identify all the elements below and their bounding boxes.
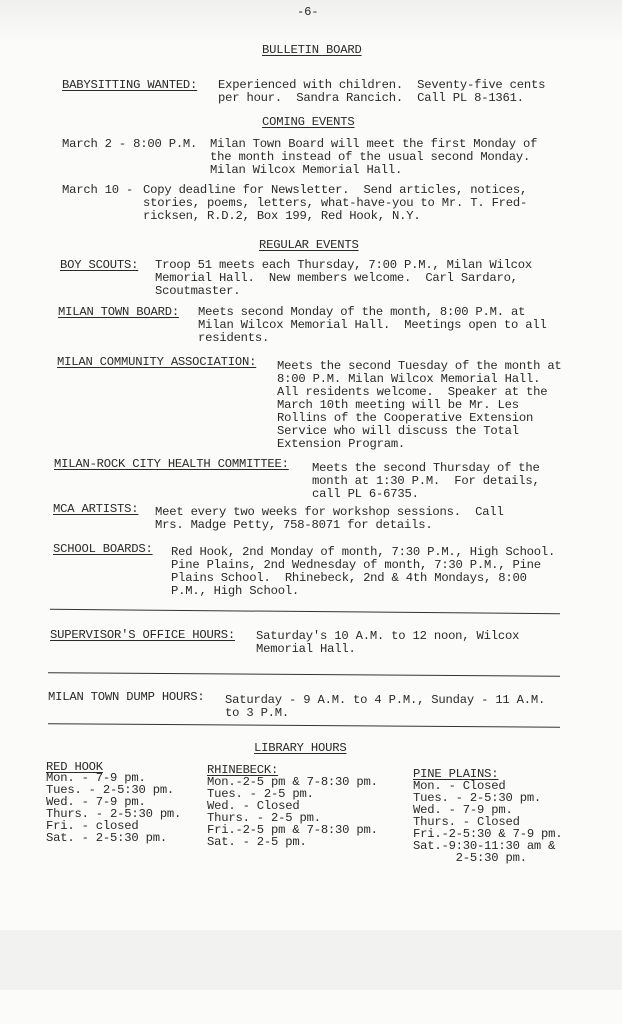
- divider: [48, 723, 560, 728]
- page-number: -6-: [297, 6, 318, 19]
- school-boards-line: Red Hook, 2nd Monday of month, 7:30 P.M.…: [171, 546, 555, 559]
- community-association-line: March 10th meeting will be Mr. Les: [277, 399, 519, 412]
- boy-scouts-line: Memorial Hall. New members welcome. Carl…: [155, 272, 518, 285]
- mca-artists-label: MCA ARTISTS:: [53, 503, 138, 516]
- boy-scouts-line: Troop 51 meets each Thursday, 7:00 P.M.,…: [155, 259, 532, 272]
- event-line: Milan Wilcox Memorial Hall.: [210, 164, 402, 177]
- town-board-line: Meets second Monday of the month, 8:00 P…: [198, 306, 525, 319]
- community-association-line: 8:00 P.M. Milan Wilcox Memorial Hall.: [277, 373, 540, 386]
- event-line: Copy deadline for Newsletter. Send artic…: [143, 184, 527, 197]
- library-heading: LIBRARY HOURS: [254, 742, 346, 755]
- mca-artists-line: Meet every two weeks for workshop sessio…: [155, 506, 504, 519]
- community-association-line: All residents welcome. Speaker at the: [277, 386, 547, 399]
- school-boards-line: Pine Plains, 2nd Wednesday of month, 7:3…: [171, 559, 541, 572]
- school-boards-line: Plains School. Rhinebeck, 2nd & 4th Mond…: [171, 572, 527, 585]
- health-committee-label: MILAN-ROCK CITY HEALTH COMMITTEE:: [54, 458, 289, 471]
- school-boards-label: SCHOOL BOARDS:: [53, 543, 153, 556]
- community-association-line: Rollins of the Cooperative Extension: [277, 412, 533, 425]
- event-line: stories, poems, letters, what-have-you t…: [143, 197, 527, 210]
- babysitting-label: BABYSITTING WANTED:: [62, 79, 197, 92]
- supervisor-label: SUPERVISOR'S OFFICE HOURS:: [50, 629, 235, 642]
- event-line: Milan Town Board will meet the first Mon…: [210, 138, 537, 151]
- scan-shading-bottom: [0, 930, 622, 990]
- event-line: ricksen, R.D.2, Box 199, Red Hook, N.Y.: [143, 210, 420, 223]
- dump-line: to 3 P.M.: [225, 707, 289, 720]
- divider: [48, 672, 560, 677]
- library-hours: Sat. - 2-5:30 pm.: [46, 832, 167, 845]
- boy-scouts-label: BOY SCOUTS:: [60, 259, 138, 272]
- page-title: BULLETIN BOARD: [262, 44, 362, 57]
- health-committee-line: call PL 6-6735.: [312, 488, 419, 501]
- coming-events-heading: COMING EVENTS: [262, 116, 354, 129]
- community-association-label: MILAN COMMUNITY ASSOCIATION:: [57, 356, 256, 369]
- town-board-line: residents.: [198, 332, 269, 345]
- dump-line: Saturday - 9 A.M. to 4 P.M., Sunday - 11…: [225, 694, 545, 707]
- community-association-line: Meets the second Tuesday of the month at: [277, 360, 562, 373]
- health-committee-line: Meets the second Thursday of the: [312, 462, 540, 475]
- town-board-label: MILAN TOWN BOARD:: [58, 306, 179, 319]
- supervisor-line: Memorial Hall.: [256, 643, 356, 656]
- library-hours: Sat. - 2-5 pm.: [207, 836, 307, 849]
- community-association-line: Service who will discuss the Total: [277, 425, 519, 438]
- health-committee-line: month at 1:30 P.M. For details,: [312, 475, 540, 488]
- divider: [50, 609, 560, 614]
- event-date: March 2 - 8:00 P.M.: [62, 138, 197, 151]
- newsletter-page: -6- BULLETIN BOARD BABYSITTING WANTED: E…: [0, 0, 622, 1024]
- babysitting-line-2: per hour. Sandra Rancich. Call PL 8-1361…: [218, 92, 524, 105]
- library-hours: 2-5:30 pm.: [413, 852, 527, 865]
- mca-artists-line: Mrs. Madge Petty, 758-8071 for details.: [155, 519, 432, 532]
- boy-scouts-line: Scoutmaster.: [155, 285, 240, 298]
- event-date: March 10 -: [62, 184, 133, 197]
- dump-label: MILAN TOWN DUMP HOURS:: [48, 691, 205, 704]
- community-association-line: Extension Program.: [277, 438, 405, 451]
- babysitting-line-1: Experienced with children. Seventy-five …: [218, 79, 545, 92]
- supervisor-line: Saturday's 10 A.M. to 12 noon, Wilcox: [256, 630, 519, 643]
- event-line: the month instead of the usual second Mo…: [210, 151, 530, 164]
- school-boards-line: P.M., High School.: [171, 585, 299, 598]
- regular-events-heading: REGULAR EVENTS: [259, 239, 359, 252]
- town-board-line: Milan Wilcox Memorial Hall. Meetings ope…: [198, 319, 547, 332]
